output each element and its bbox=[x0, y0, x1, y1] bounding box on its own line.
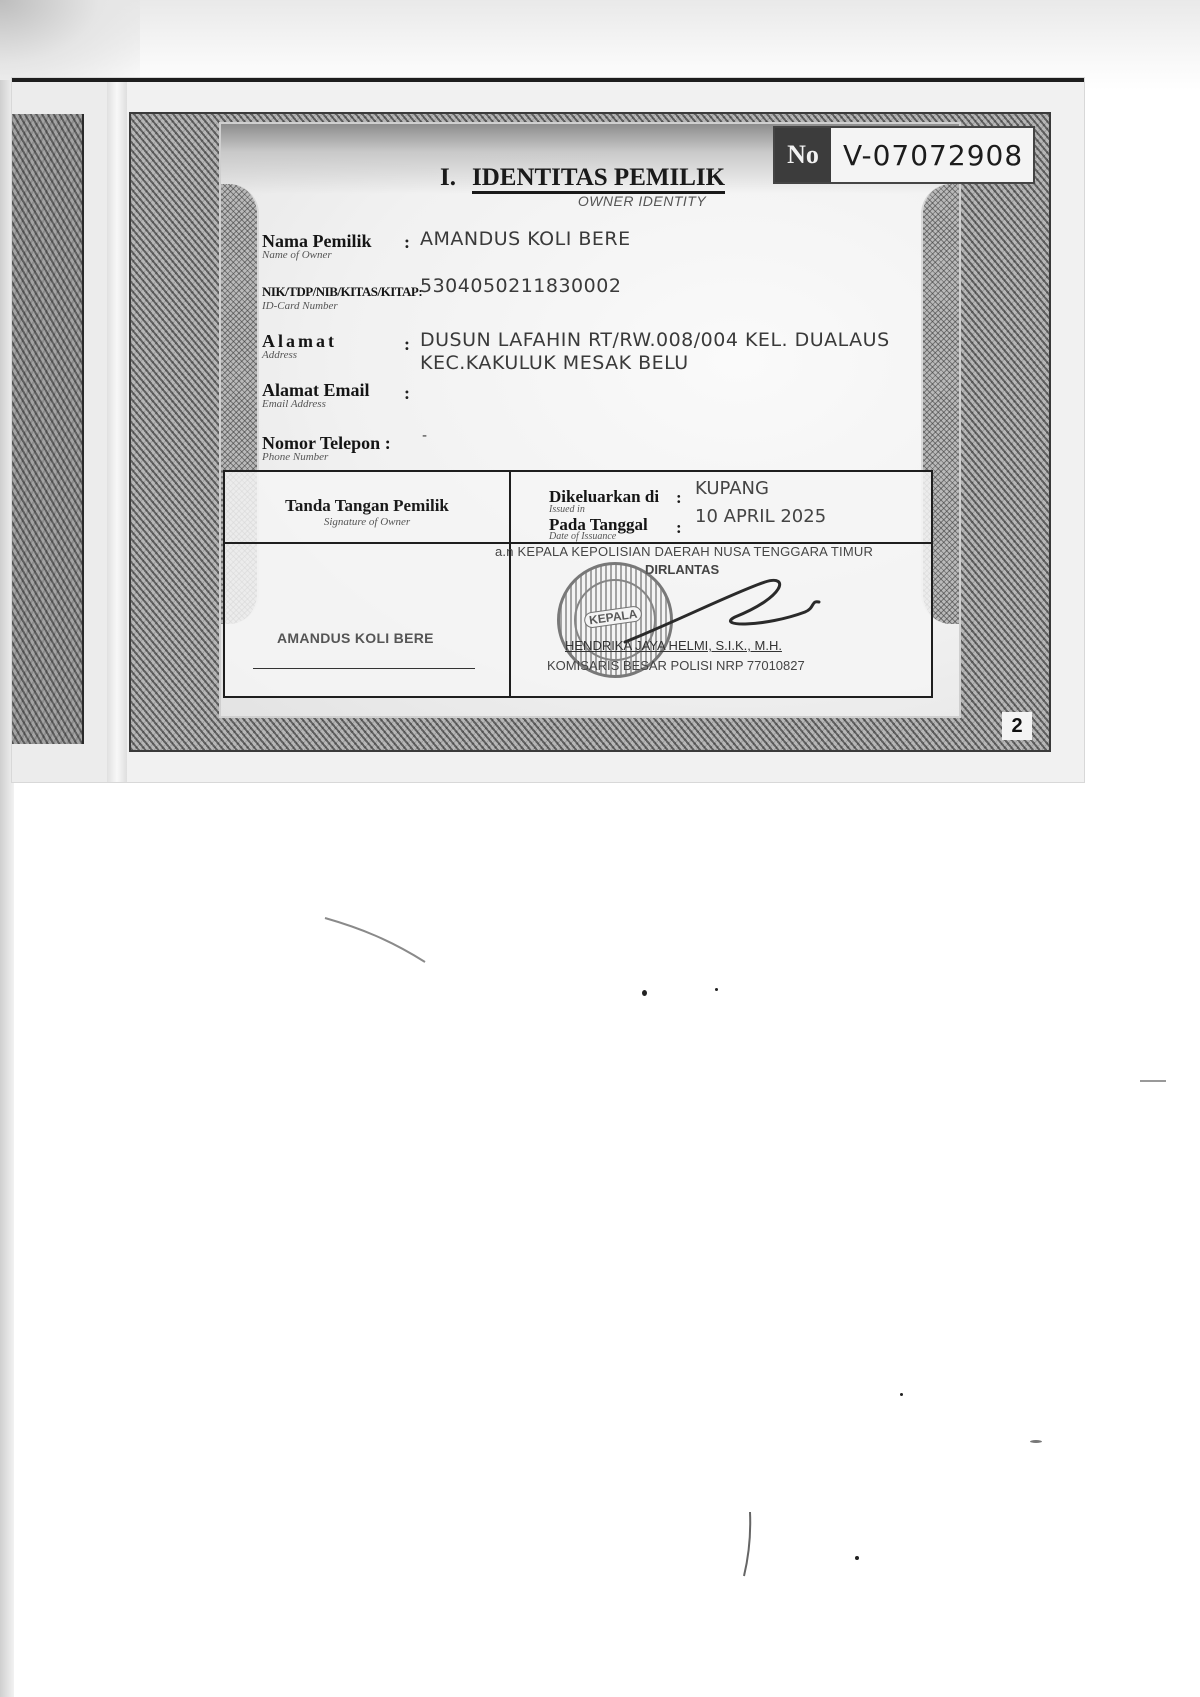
signature-table: Tanda Tangan Pemilik Signature of Owner … bbox=[223, 470, 933, 698]
owner-name-label-group: Nama Pemilik Name of Owner bbox=[262, 232, 372, 261]
scan-speck bbox=[1030, 1440, 1042, 1443]
id-number-value: 5304050211830002 bbox=[420, 275, 621, 297]
document-number: V-07072908 bbox=[831, 128, 1033, 182]
address-sublabel: Address bbox=[262, 350, 337, 361]
owner-signature-line bbox=[253, 668, 475, 669]
issued-in-label: Dikeluarkan di bbox=[549, 488, 659, 505]
scan-speck bbox=[900, 1393, 903, 1396]
owner-signature-sublabel: Signature of Owner bbox=[225, 516, 509, 528]
issued-in-value: KUPANG bbox=[695, 478, 769, 499]
address-label-group: Alamat Address bbox=[262, 332, 337, 361]
official-rank: KOMISARIS BESAR POLISI NRP 77010827 bbox=[547, 658, 805, 673]
scan-mark bbox=[740, 1510, 760, 1580]
owner-name-value: AMANDUS KOLI BERE bbox=[420, 228, 631, 250]
scan-speck bbox=[642, 990, 647, 996]
issue-date-sublabel: Date of Issuance bbox=[549, 531, 616, 542]
id-number-label-group: NIK/TDP/NIB/KITAS/KITAP: ID-Card Number bbox=[262, 283, 422, 312]
email-label-group: Alamat Email Email Address bbox=[262, 381, 370, 410]
scan-speck bbox=[715, 988, 718, 991]
address-label: Alamat bbox=[262, 332, 337, 350]
scan-mark bbox=[320, 910, 440, 970]
authority-line-1: a.n KEPALA KEPOLISIAN DAERAH NUSA TENGGA… bbox=[495, 544, 945, 559]
owner-name-label: Nama Pemilik bbox=[262, 232, 372, 250]
scan-speck bbox=[1140, 1080, 1166, 1082]
owner-signature-label: Tanda Tangan Pemilik bbox=[225, 496, 509, 516]
email-label: Alamat Email bbox=[262, 381, 370, 399]
section-title: I.IDENTITAS PEMILIK bbox=[440, 164, 725, 192]
document-number-box: No V-07072908 bbox=[773, 126, 1035, 184]
scan-corner-shadow bbox=[0, 0, 140, 90]
left-page bbox=[12, 82, 107, 782]
address-line-2: KEC.KAKULUK MESAK BELU bbox=[420, 352, 689, 374]
phone-label: Nomor Telepon : bbox=[262, 434, 391, 452]
owner-printed-name: AMANDUS KOLI BERE bbox=[277, 630, 434, 646]
official-name: HENDRIKA JAYA HELMI, S.I.K., M.H. bbox=[565, 638, 782, 653]
section-number: I. bbox=[440, 164, 456, 191]
owner-signature-header: Tanda Tangan Pemilik Signature of Owner bbox=[225, 496, 509, 528]
colon: : bbox=[404, 383, 410, 404]
email-sublabel: Email Address bbox=[262, 399, 370, 410]
phone-label-text: Nomor Telepon bbox=[262, 433, 380, 453]
address-line-1: DUSUN LAFAHIN RT/RW.008/004 KEL. DUALAUS bbox=[420, 329, 890, 351]
scan-shadow bbox=[0, 0, 1200, 90]
scan-speck bbox=[855, 1556, 859, 1560]
owner-name-sublabel: Name of Owner bbox=[262, 250, 372, 261]
id-number-label-text: NIK/TDP/NIB/KITAS/KITAP bbox=[262, 284, 418, 299]
left-page-guilloche-pattern bbox=[12, 114, 84, 744]
table-divider-vertical bbox=[509, 472, 511, 696]
phone-label-group: Nomor Telepon : Phone Number bbox=[262, 434, 391, 463]
phone-value: - bbox=[422, 428, 428, 444]
colon: : bbox=[676, 518, 682, 538]
colon: : bbox=[404, 334, 410, 355]
number-label: No bbox=[775, 128, 831, 182]
colon: : bbox=[676, 488, 682, 508]
booklet-spine bbox=[107, 82, 127, 782]
issue-date-value: 10 APRIL 2025 bbox=[695, 506, 826, 527]
section-title-text: IDENTITAS PEMILIK bbox=[472, 164, 725, 194]
page-number: 2 bbox=[1002, 712, 1032, 740]
issued-in-sublabel: Issued in bbox=[549, 504, 585, 515]
section-subtitle: OWNER IDENTITY bbox=[522, 193, 762, 209]
colon: : bbox=[404, 232, 410, 253]
id-number-label: NIK/TDP/NIB/KITAS/KITAP: bbox=[262, 283, 422, 301]
phone-sublabel: Phone Number bbox=[262, 452, 391, 463]
id-number-sublabel: ID-Card Number bbox=[262, 301, 422, 312]
